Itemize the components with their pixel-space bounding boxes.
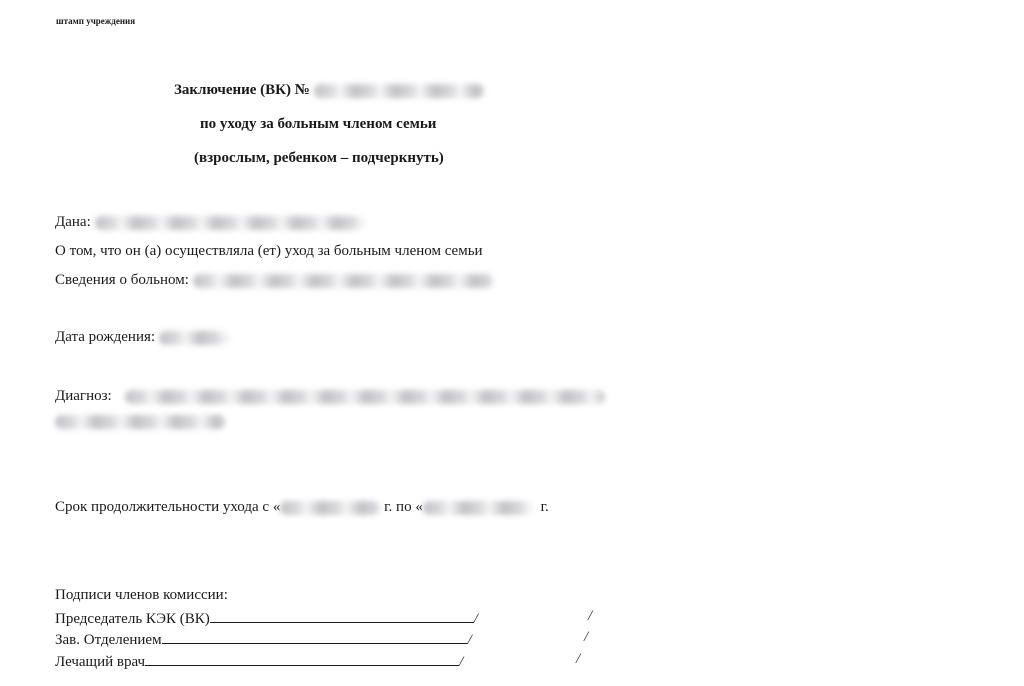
care-statement: О том, что он (а) осуществляла (ет) уход… [55, 243, 483, 260]
diagnosis-row: Диагноз: [55, 388, 605, 405]
patient-info-row: Сведения о больном: [55, 272, 493, 289]
redacted-patient-info [193, 274, 493, 288]
redacted-diagnosis [125, 390, 605, 404]
signature-slash: / [474, 611, 478, 627]
signature-line-attending-doctor[interactable] [145, 651, 459, 666]
redacted-end-date [423, 501, 533, 515]
redacted-issued-to [95, 216, 365, 230]
signature-row-chairman: Председатель КЭК (ВК)/ [55, 608, 478, 628]
document-subtitle: по уходу за больным членом семьи [200, 116, 436, 133]
signature-slash-end: / [584, 629, 588, 646]
signature-slash-end: / [588, 608, 592, 625]
care-period-row: Срок продолжительности ухода с « г. по «… [55, 499, 549, 516]
conclusion-number-label: Заключение (ВК) № [174, 82, 310, 98]
signature-label-head-of-department: Зав. Отделением [55, 632, 162, 648]
issued-to-row: Дана: [55, 214, 365, 231]
care-period-prefix: Срок продолжительности ухода с « [55, 499, 280, 515]
patient-info-label: Сведения о больном: [55, 272, 189, 288]
signature-slash: / [468, 632, 472, 648]
birth-date-label: Дата рождения: [55, 329, 155, 345]
care-period-middle: г. по « [384, 499, 423, 515]
diagnosis-label: Диагноз: [55, 388, 112, 404]
issued-to-label: Дана: [55, 214, 91, 230]
redacted-start-date [280, 501, 380, 515]
signature-label-attending-doctor: Лечащий врач [55, 654, 145, 670]
signatures-heading: Подписи членов комиссии: [55, 587, 228, 604]
redacted-birth-date [159, 331, 229, 345]
document-subtitle-note: (взрослым, ребенком – подчеркнуть) [194, 150, 444, 167]
redacted-diagnosis-line2 [55, 415, 225, 429]
birth-date-row: Дата рождения: [55, 329, 229, 346]
signature-row-head-of-department: Зав. Отделением/ [55, 629, 472, 649]
signature-line-head-of-department[interactable] [162, 629, 468, 644]
redacted-conclusion-number [314, 84, 484, 98]
document-title: Заключение (ВК) № [174, 82, 484, 99]
signature-slash: / [459, 654, 463, 670]
signature-row-attending-doctor: Лечащий врач/ [55, 651, 463, 671]
institution-stamp-label: штамп учреждения [56, 16, 135, 26]
diagnosis-continuation [55, 413, 225, 431]
signature-line-chairman[interactable] [210, 608, 474, 623]
care-period-suffix: г. [541, 499, 549, 515]
signature-label-chairman: Председатель КЭК (ВК) [55, 611, 210, 627]
signature-slash-end: / [576, 651, 580, 668]
